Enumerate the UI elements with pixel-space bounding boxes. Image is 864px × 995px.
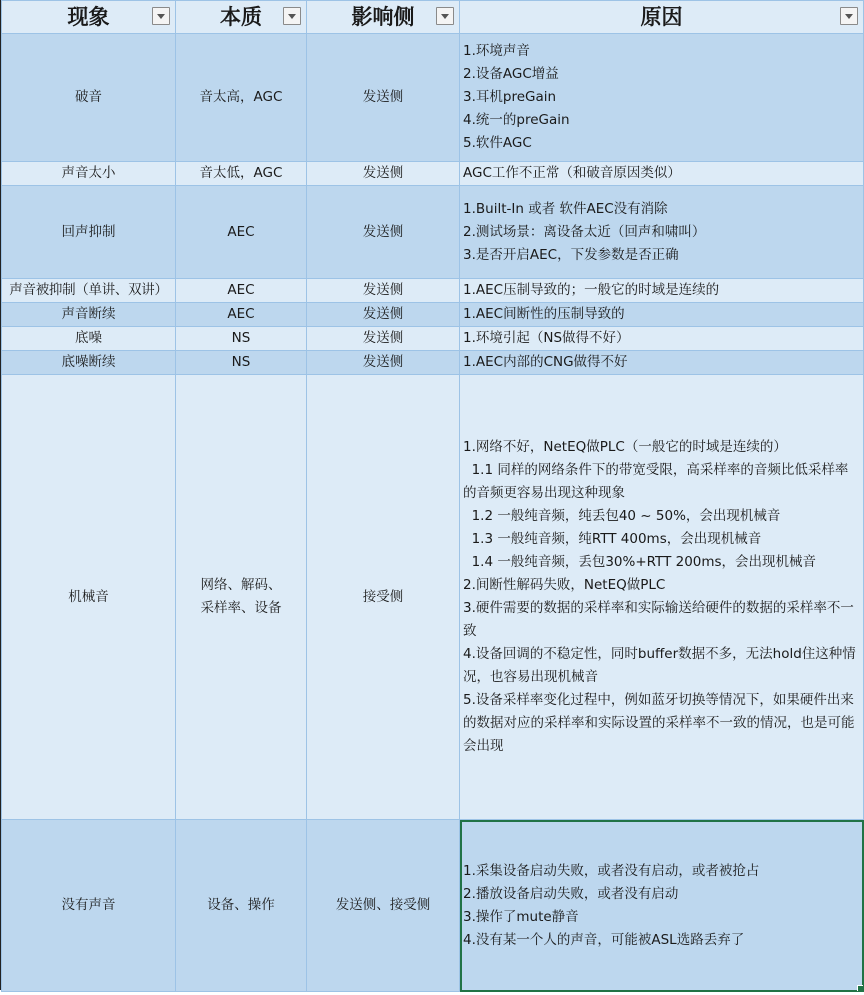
reason-line: 4.设备回调的不稳定性，同时buffer数据不多，无法hold住这种情况，也容易… (463, 643, 857, 689)
reason-line: 2.间断性解码失败，NetEQ做PLC (463, 574, 857, 597)
table-row: 破音 音太高，AGC 发送侧 1.环境声音 2.设备AGC增益 3.耳机preG… (2, 34, 864, 162)
table-row: 回声抑制 AEC 发送侧 1.Built-In 或者 软件AEC没有消除 2.测… (2, 186, 864, 279)
cell-essence[interactable]: NS (176, 327, 307, 351)
filter-dropdown-icon[interactable] (152, 7, 170, 25)
cell-essence[interactable]: AEC (176, 186, 307, 279)
table-row: 底噪 NS 发送侧 1.环境引起（NS做得不好） (2, 327, 864, 351)
reason-line: 1.环境引起（NS做得不好） (463, 327, 863, 350)
cell-side[interactable]: 发送侧 (307, 303, 460, 327)
reason-line: AGC工作不正常（和破音原因类似） (463, 162, 863, 185)
table-row: 声音太小 音太低，AGC 发送侧 AGC工作不正常（和破音原因类似） (2, 162, 864, 186)
reason-line: 3.硬件需要的数据的采样率和实际输送给硬件的数据的采样率不一致 (463, 597, 857, 643)
essence-line: 采样率、设备 (176, 597, 306, 620)
cell-essence[interactable]: 音太低，AGC (176, 162, 307, 186)
reason-line: 1.网络不好，NetEQ做PLC（一般它的时域是连续的） (463, 436, 857, 459)
reason-line: 1.环境声音 (463, 40, 863, 63)
filter-dropdown-icon[interactable] (436, 7, 454, 25)
cell-side[interactable]: 发送侧 (307, 327, 460, 351)
essence-line: 网络、解码、 (176, 574, 306, 597)
cell-essence[interactable]: NS (176, 351, 307, 375)
cell-phenomenon[interactable]: 回声抑制 (2, 186, 176, 279)
column-header-side: 影响侧 (307, 1, 460, 34)
fill-handle[interactable] (857, 985, 864, 992)
reason-line: 5.设备采样率变化过程中，例如蓝牙切换等情况下，如果硬件出来的数据对应的采样率和… (463, 689, 857, 758)
reason-line: 1.3 一般纯音频，纯RTT 400ms，会出现机械音 (463, 528, 857, 551)
column-header-label: 现象 (68, 6, 110, 29)
reason-line: 2.设备AGC增益 (463, 63, 863, 86)
table-row: 机械音 网络、解码、 采样率、设备 接受侧 1.网络不好，NetEQ做PLC（一… (2, 375, 864, 820)
column-header-label: 原因 (641, 6, 683, 29)
cell-reason[interactable]: 1.AEC间断性的压制导致的 (460, 303, 864, 327)
reason-line: 1.Built-In 或者 软件AEC没有消除 (463, 198, 863, 221)
audio-issues-table: 现象 本质 影响侧 原因 破音 音太高，AGC 发送侧 1.环境声音 (1, 0, 864, 992)
cell-side[interactable]: 发送侧 (307, 351, 460, 375)
cell-side[interactable]: 接受侧 (307, 375, 460, 820)
cell-reason[interactable]: 1.Built-In 或者 软件AEC没有消除 2.测试场景：离设备太近（回声和… (460, 186, 864, 279)
reason-line: 1.2 一般纯音频，纯丢包40 ~ 50%，会出现机械音 (463, 505, 857, 528)
column-header-reason: 原因 (460, 1, 864, 34)
cell-reason[interactable]: 1.AEC压制导致的；一般它的时域是连续的 (460, 279, 864, 303)
cell-reason[interactable]: 1.环境声音 2.设备AGC增益 3.耳机preGain 4.统一的preGai… (460, 34, 864, 162)
filter-dropdown-icon[interactable] (283, 7, 301, 25)
reason-line: 1.4 一般纯音频，丢包30%+RTT 200ms，会出现机械音 (463, 551, 857, 574)
cell-reason[interactable]: AGC工作不正常（和破音原因类似） (460, 162, 864, 186)
cell-phenomenon[interactable]: 破音 (2, 34, 176, 162)
table-row: 没有声音 设备、操作 发送侧、接受侧 1.采集设备启动失败，或者没有启动，或者被… (2, 820, 864, 992)
cell-essence[interactable]: 音太高，AGC (176, 34, 307, 162)
cell-reason[interactable]: 1.环境引起（NS做得不好） (460, 327, 864, 351)
cell-phenomenon[interactable]: 声音断续 (2, 303, 176, 327)
filter-dropdown-icon[interactable] (840, 7, 858, 25)
reason-line: 1.AEC间断性的压制导致的 (463, 303, 863, 326)
cell-phenomenon[interactable]: 没有声音 (2, 820, 176, 992)
cell-essence[interactable]: AEC (176, 279, 307, 303)
table-row: 底噪断续 NS 发送侧 1.AEC内部的CNG做得不好 (2, 351, 864, 375)
reason-line: 4.没有某一个人的声音，可能被ASL选路丢弃了 (463, 929, 863, 952)
reason-line: 1.AEC内部的CNG做得不好 (463, 351, 863, 374)
reason-line: 3.耳机preGain (463, 86, 863, 109)
reason-line: 5.软件AGC (463, 132, 863, 155)
cell-reason[interactable]: 1.网络不好，NetEQ做PLC（一般它的时域是连续的） 1.1 同样的网络条件… (460, 375, 864, 820)
cell-side[interactable]: 发送侧、接受侧 (307, 820, 460, 992)
cell-essence[interactable]: 网络、解码、 采样率、设备 (176, 375, 307, 820)
cell-reason-selected[interactable]: 1.采集设备启动失败，或者没有启动，或者被抢占 2.播放设备启动失败，或者没有启… (460, 820, 864, 992)
column-header-label: 影响侧 (352, 6, 415, 29)
cell-side[interactable]: 发送侧 (307, 186, 460, 279)
cell-reason[interactable]: 1.AEC内部的CNG做得不好 (460, 351, 864, 375)
reason-line: 1.采集设备启动失败，或者没有启动，或者被抢占 (463, 860, 863, 883)
reason-line: 3.操作了mute静音 (463, 906, 863, 929)
column-header-essence: 本质 (176, 1, 307, 34)
cell-phenomenon[interactable]: 声音被抑制（单讲、双讲） (2, 279, 176, 303)
cell-essence[interactable]: AEC (176, 303, 307, 327)
reason-line: 1.AEC压制导致的；一般它的时域是连续的 (463, 279, 863, 302)
cell-phenomenon[interactable]: 机械音 (2, 375, 176, 820)
cell-essence[interactable]: 设备、操作 (176, 820, 307, 992)
cell-side[interactable]: 发送侧 (307, 279, 460, 303)
column-header-label: 本质 (220, 6, 262, 29)
reason-line: 2.测试场景：离设备太近（回声和啸叫） (463, 221, 863, 244)
table-row: 声音断续 AEC 发送侧 1.AEC间断性的压制导致的 (2, 303, 864, 327)
cell-side[interactable]: 发送侧 (307, 34, 460, 162)
cell-phenomenon[interactable]: 底噪 (2, 327, 176, 351)
cell-phenomenon[interactable]: 底噪断续 (2, 351, 176, 375)
column-header-phenomenon: 现象 (2, 1, 176, 34)
reason-line: 3.是否开启AEC，下发参数是否正确 (463, 244, 863, 267)
table-row: 声音被抑制（单讲、双讲） AEC 发送侧 1.AEC压制导致的；一般它的时域是连… (2, 279, 864, 303)
reason-line: 4.统一的preGain (463, 109, 863, 132)
header-row: 现象 本质 影响侧 原因 (2, 1, 864, 34)
reason-line: 2.播放设备启动失败，或者没有启动 (463, 883, 863, 906)
reason-line: 1.1 同样的网络条件下的带宽受限，高采样率的音频比低采样率的音频更容易出现这种… (463, 459, 857, 505)
cell-side[interactable]: 发送侧 (307, 162, 460, 186)
cell-phenomenon[interactable]: 声音太小 (2, 162, 176, 186)
